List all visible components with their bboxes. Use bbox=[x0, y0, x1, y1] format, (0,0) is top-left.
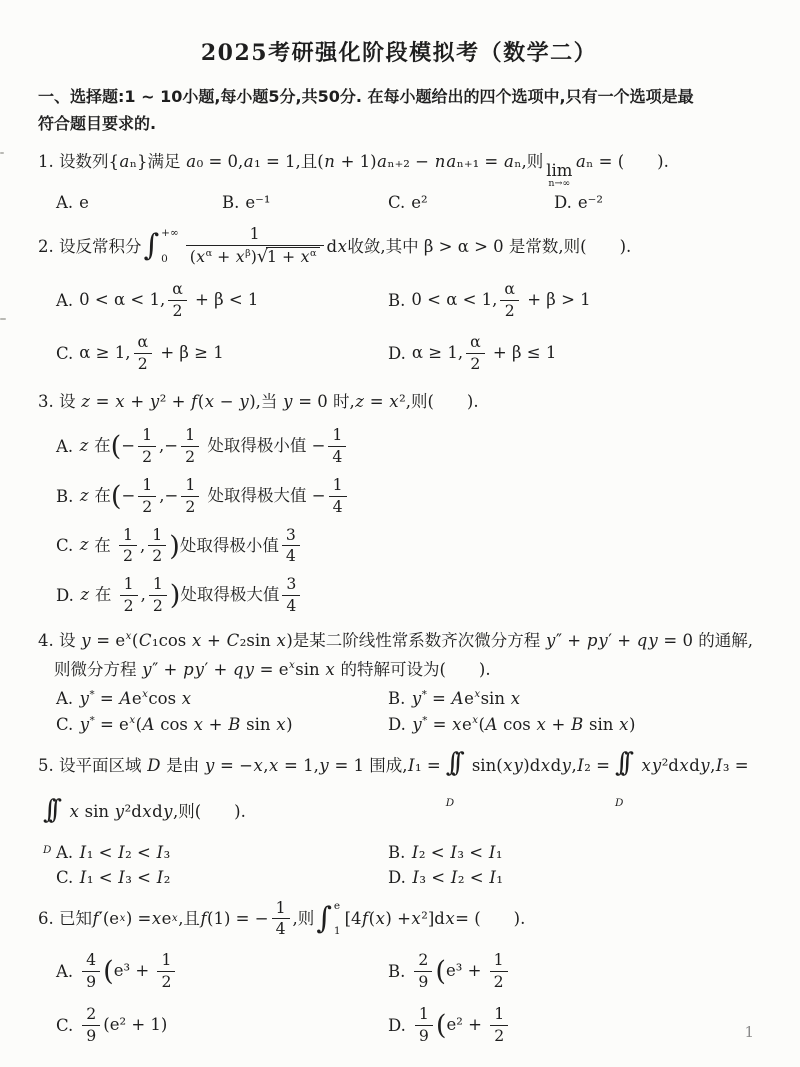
question-3-option-c: C.z 在 12,12)处取得极小值34 bbox=[38, 526, 760, 567]
question-1-option-b: B.e⁻¹ bbox=[222, 193, 388, 212]
page-number: 1 bbox=[744, 1023, 754, 1041]
question-4-option-d: D.y* = xex(A cos x + B sin x) bbox=[388, 715, 720, 734]
option-label: B. bbox=[388, 291, 405, 310]
option-label: D. bbox=[388, 715, 406, 734]
option-math: z 在 12,12)处取得极大值34 bbox=[80, 575, 303, 616]
option-math: e² bbox=[411, 193, 427, 212]
question-1-option-a: A.e bbox=[56, 193, 222, 212]
option-label: A. bbox=[56, 962, 73, 981]
option-label: B. bbox=[222, 193, 239, 212]
question-4-option-b: B.y* = Aexsin x bbox=[388, 689, 720, 708]
option-label: C. bbox=[56, 868, 73, 887]
option-label: D. bbox=[388, 344, 406, 363]
option-label: A. bbox=[56, 843, 73, 862]
question-2-options-row1: A.0 < α < 1,α2 + β < 1 B.0 < α < 1,α2 + … bbox=[38, 280, 760, 321]
exam-title: 2025考研强化阶段模拟考（数学二） bbox=[38, 36, 760, 67]
question-6-stem: 6. 已知 f′(ex) = xex,且 f(1) = −14,则∫e1[4f(… bbox=[38, 895, 760, 943]
question-6-option-b: B.29(e³ + 12 bbox=[388, 951, 720, 992]
option-math: 29(e³ + 12 bbox=[411, 951, 510, 992]
question-2-option-d: D.α ≥ 1,α2 + β ≤ 1 bbox=[388, 333, 720, 374]
question-1-option-d: D.e⁻² bbox=[554, 193, 720, 212]
option-math: I₂ < I₃ < I₁ bbox=[411, 843, 502, 862]
question-4-options-row1: A.y* = Aexcos x B.y* = Aexsin x bbox=[38, 689, 760, 708]
section-heading: 一、选择题:1 ~ 10小题,每小题5分,共50分. 在每小题给出的四个选项中,… bbox=[38, 83, 760, 137]
question-1-options: A.e B.e⁻¹ C.e² D.e⁻² bbox=[38, 193, 760, 212]
question-5-option-a: A.I₁ < I₂ < I₃ bbox=[56, 843, 388, 862]
question-6-option-a: A.49(e³ + 12 bbox=[56, 951, 388, 992]
option-label: A. bbox=[56, 437, 73, 456]
question-4-option-a: A.y* = Aexcos x bbox=[56, 689, 388, 708]
option-math: y* = ex(A cos x + B sin x) bbox=[79, 715, 292, 734]
question-3-option-d: D.z 在 12,12)处取得极大值34 bbox=[38, 575, 760, 616]
option-math: z 在 12,12)处取得极小值34 bbox=[79, 526, 302, 567]
option-math: y* = Aexcos x bbox=[79, 689, 191, 708]
option-label: C. bbox=[56, 344, 73, 363]
question-3-stem: 3. 设 z = x + y² + f(x − y),当 y = 0 时,z =… bbox=[38, 387, 760, 417]
option-math: e⁻² bbox=[578, 193, 603, 212]
question-5-option-d: D.I₃ < I₂ < I₁ bbox=[388, 868, 720, 887]
question-3-options: A.z 在(−12,−12 处取得极小值 −14 B.z 在(−12,−12 处… bbox=[38, 426, 760, 615]
option-label: B. bbox=[56, 487, 73, 506]
option-label: D. bbox=[388, 1016, 406, 1035]
question-5-options-row2: C.I₁ < I₃ < I₂ D.I₃ < I₂ < I₁ bbox=[38, 868, 760, 887]
question-6-option-c: C.29(e² + 1) bbox=[56, 1005, 388, 1046]
option-math: 29(e² + 1) bbox=[79, 1005, 167, 1046]
option-math: I₁ < I₂ < I₃ bbox=[79, 843, 170, 862]
option-math: I₁ < I₃ < I₂ bbox=[79, 868, 170, 887]
question-6-options-row2: C.29(e² + 1) D.19(e² + 12 bbox=[38, 1005, 760, 1046]
question-5-options-row1: A.I₁ < I₂ < I₃ B.I₂ < I₃ < I₁ bbox=[38, 843, 760, 862]
question-5-option-b: B.I₂ < I₃ < I₁ bbox=[388, 843, 720, 862]
option-label: B. bbox=[388, 843, 405, 862]
option-math: I₃ < I₂ < I₁ bbox=[412, 868, 503, 887]
option-math: e bbox=[79, 193, 89, 212]
scan-artifact-dash-2 bbox=[0, 152, 4, 154]
option-math: e⁻¹ bbox=[245, 193, 270, 212]
question-5-stem-line1: 5. 设平面区域 D 是由 y = −x,x = 1,y = 1 围成,I₁ =… bbox=[38, 744, 760, 789]
question-4-option-c: C.y* = ex(A cos x + B sin x) bbox=[56, 715, 388, 734]
question-1-option-c: C.e² bbox=[388, 193, 554, 212]
option-label: D. bbox=[388, 868, 406, 887]
option-math: α ≥ 1,α2 + β ≤ 1 bbox=[412, 333, 556, 374]
question-6-option-d: D.19(e² + 12 bbox=[388, 1005, 720, 1046]
question-6-options-row1: A.49(e³ + 12 B.29(e³ + 12 bbox=[38, 951, 760, 992]
option-math: y* = Aexsin x bbox=[411, 689, 520, 708]
question-2-options-row2: C.α ≥ 1,α2 + β ≥ 1 D.α ≥ 1,α2 + β ≤ 1 bbox=[38, 333, 760, 374]
option-label: A. bbox=[56, 291, 73, 310]
question-5-stem-line2: ∫∫Dx sin y²dxdy,则( ). bbox=[38, 790, 760, 835]
question-4-stem-line2: 则微分方程 y″ + py′ + qy = exsin x 的特解可设为( ). bbox=[38, 655, 760, 684]
option-label: A. bbox=[56, 193, 73, 212]
question-2-option-b: B.0 < α < 1,α2 + β > 1 bbox=[388, 280, 720, 321]
option-label: C. bbox=[56, 1016, 73, 1035]
option-label: A. bbox=[56, 689, 73, 708]
question-2-stem: 2. 设反常积分∫+∞01(xα + xβ)√1 + xαdx 收敛,其中 β … bbox=[38, 218, 760, 274]
option-math: 19(e² + 12 bbox=[412, 1005, 511, 1046]
option-label: C. bbox=[388, 193, 405, 212]
option-math: α ≥ 1,α2 + β ≥ 1 bbox=[79, 333, 223, 374]
option-label: D. bbox=[554, 193, 572, 212]
question-2-option-c: C.α ≥ 1,α2 + β ≥ 1 bbox=[56, 333, 388, 374]
question-3-option-a: A.z 在(−12,−12 处取得极小值 −14 bbox=[38, 426, 760, 467]
option-math: y* = xex(A cos x + B sin x) bbox=[412, 715, 636, 734]
question-4-options-row2: C.y* = ex(A cos x + B sin x) D.y* = xex(… bbox=[38, 715, 760, 734]
question-5-option-c: C.I₁ < I₃ < I₂ bbox=[56, 868, 388, 887]
section-heading-line2: 符合题目要求的. bbox=[38, 110, 760, 137]
exam-page: 2025考研强化阶段模拟考（数学二） 一、选择题:1 ~ 10小题,每小题5分,… bbox=[0, 0, 800, 1067]
option-label: B. bbox=[388, 962, 405, 981]
option-math: 0 < α < 1,α2 + β < 1 bbox=[79, 280, 258, 321]
option-label: C. bbox=[56, 715, 73, 734]
option-math: 49(e³ + 12 bbox=[79, 951, 178, 992]
question-2-option-a: A.0 < α < 1,α2 + β < 1 bbox=[56, 280, 388, 321]
question-1-stem: 1. 设数列{aₙ}满足 a₀ = 0,a₁ = 1,且(n + 1)aₙ₊₂ … bbox=[38, 147, 760, 189]
option-label: C. bbox=[56, 536, 73, 555]
section-heading-line1: 一、选择题:1 ~ 10小题,每小题5分,共50分. 在每小题给出的四个选项中,… bbox=[38, 83, 760, 110]
option-label: B. bbox=[388, 689, 405, 708]
question-4-stem-line1: 4. 设 y = ex(C₁cos x + C₂sin x)是某二阶线性常系数齐… bbox=[38, 626, 760, 655]
scan-artifact-dash-1 bbox=[0, 318, 6, 320]
option-math: z 在(−12,−12 处取得极小值 −14 bbox=[79, 426, 349, 467]
option-math: 0 < α < 1,α2 + β > 1 bbox=[411, 280, 590, 321]
question-3-option-b: B.z 在(−12,−12 处取得极大值 −14 bbox=[38, 476, 760, 517]
option-label: D. bbox=[56, 586, 74, 605]
option-math: z 在(−12,−12 处取得极大值 −14 bbox=[79, 476, 349, 517]
